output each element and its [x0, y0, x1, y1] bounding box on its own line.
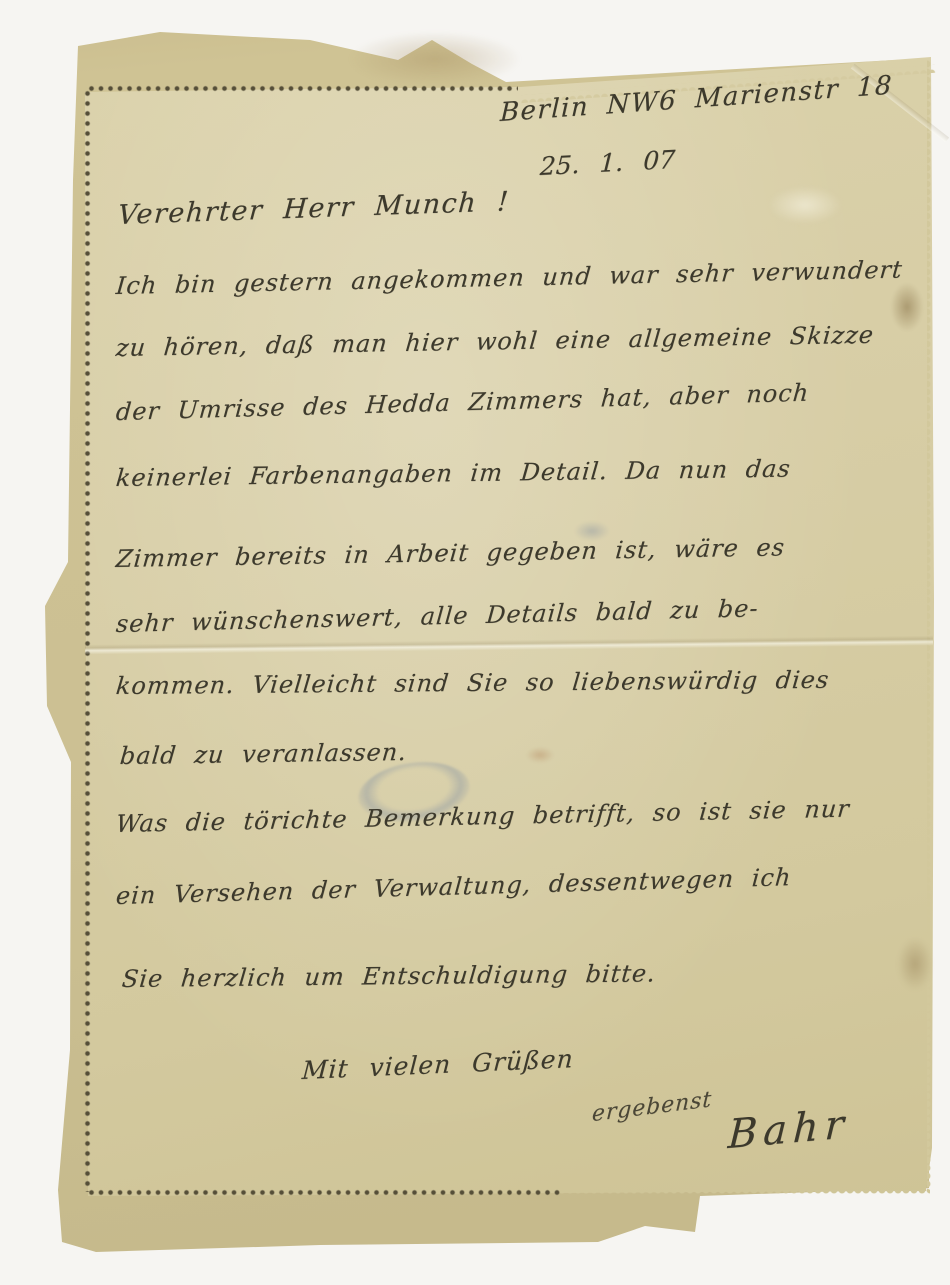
scanned-letter-page: Berlin NW6 Marienstr 18 25. 1. 07 Verehr…	[0, 0, 950, 1285]
body-line-8: bald zu veranlassen.	[119, 738, 409, 770]
torn-edge-bottom	[558, 1190, 930, 1198]
perforation-top	[88, 85, 518, 92]
perforation-left	[84, 90, 91, 1192]
body-line-11: Sie herzlich um Entschuldigung bitte.	[121, 959, 658, 993]
perforation-bottom	[88, 1189, 562, 1196]
torn-edge-right	[927, 60, 935, 1190]
